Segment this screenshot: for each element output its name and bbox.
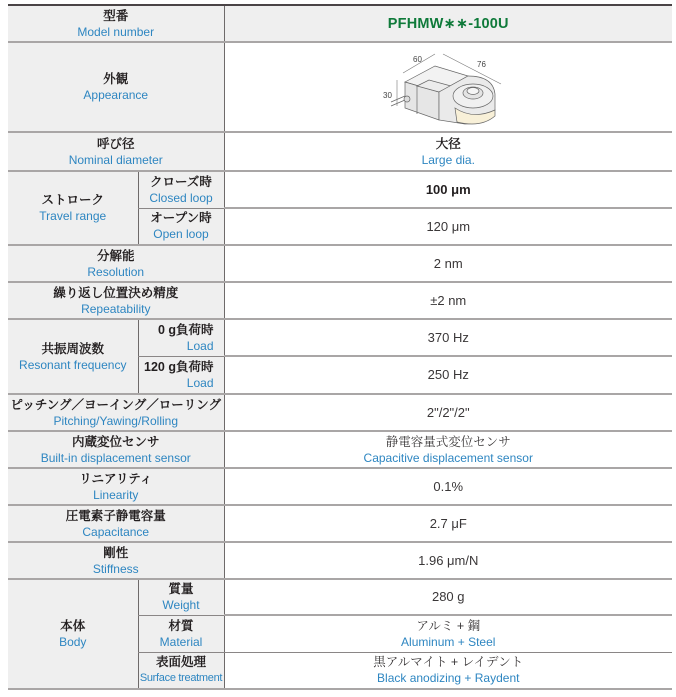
label-surface-treatment: 表面処理 Surface treatment [138, 652, 224, 689]
row-sensor: 内蔵変位センサ Built-in displacement sensor 静電容… [8, 431, 672, 468]
value-weight: 280 g [224, 579, 672, 615]
value-material: アルミ + 鋼 Aluminum + Steel [224, 615, 672, 652]
label-resolution: 分解能 Resolution [8, 245, 224, 282]
label-weight: 質量 Weight [138, 579, 224, 615]
label-resonant-frequency: 共振周波数 Resonant frequency [8, 319, 138, 394]
label-model-number: 型番 Model number [8, 5, 224, 42]
value-stiffness: 1.96 μm/N [224, 542, 672, 579]
row-stiffness: 剛性 Stiffness 1.96 μm/N [8, 542, 672, 579]
svg-text:60: 60 [413, 55, 422, 64]
value-open-loop: 120 μm [224, 208, 672, 245]
value-appearance: 60 76 30 [224, 42, 672, 132]
row-appearance: 外観 Appearance 60 76 30 [8, 42, 672, 132]
value-linearity: 0.1% [224, 468, 672, 505]
spec-table: 型番 Model number PFHMW∗∗-100U 外観 Appearan… [8, 4, 672, 690]
value-model-number: PFHMW∗∗-100U [224, 5, 672, 42]
label-sensor: 内蔵変位センサ Built-in displacement sensor [8, 431, 224, 468]
label-stiffness: 剛性 Stiffness [8, 542, 224, 579]
label-closed-loop: クローズ時 Closed loop [138, 171, 224, 208]
row-repeatability: 繰り返し位置決め精度 Repeatability ±2 nm [8, 282, 672, 319]
row-nominal-diameter: 呼び径 Nominal diameter 大径 Large dia. [8, 132, 672, 171]
row-resolution: 分解能 Resolution 2 nm [8, 245, 672, 282]
value-load-0g: 370 Hz [224, 319, 672, 356]
row-body-weight: 本体 Body 質量 Weight 280 g [8, 579, 672, 615]
label-body: 本体 Body [8, 579, 138, 689]
value-closed-loop: 100 μm [224, 171, 672, 208]
label-open-loop: オープン時 Open loop [138, 208, 224, 245]
row-linearity: リニアリティ Linearity 0.1% [8, 468, 672, 505]
label-pitching: ピッチング／ヨーイング／ローリング Pitching/Yawing/Rollin… [8, 394, 224, 431]
value-pitching: 2"/2"/2" [224, 394, 672, 431]
label-travel-range: ストローク Travel range [8, 171, 138, 245]
value-nominal-diameter: 大径 Large dia. [224, 132, 672, 171]
value-repeatability: ±2 nm [224, 282, 672, 319]
label-nominal-diameter: 呼び径 Nominal diameter [8, 132, 224, 171]
actuator-illustration: 60 76 30 [373, 46, 523, 128]
value-sensor: 静電容量式変位センサ Capacitive displacement senso… [224, 431, 672, 468]
svg-text:30: 30 [383, 91, 392, 100]
label-load-120g: 120 g負荷時 Load [138, 356, 224, 394]
label-capacitance: 圧電素子静電容量 Capacitance [8, 505, 224, 542]
label-appearance: 外観 Appearance [8, 42, 224, 132]
value-capacitance: 2.7 μF [224, 505, 672, 542]
label-linearity: リニアリティ Linearity [8, 468, 224, 505]
label-repeatability: 繰り返し位置決め精度 Repeatability [8, 282, 224, 319]
value-resolution: 2 nm [224, 245, 672, 282]
label-material: 材質 Material [138, 615, 224, 652]
row-pitching: ピッチング／ヨーイング／ローリング Pitching/Yawing/Rollin… [8, 394, 672, 431]
row-travel-closed: ストローク Travel range クローズ時 Closed loop 100… [8, 171, 672, 208]
svg-text:76: 76 [477, 60, 486, 69]
label-load-0g: 0 g負荷時 Load [138, 319, 224, 356]
row-capacitance: 圧電素子静電容量 Capacitance 2.7 μF [8, 505, 672, 542]
value-load-120g: 250 Hz [224, 356, 672, 394]
value-surface-treatment: 黒アルマイト + レイデント Black anodizing + Raydent [224, 652, 672, 689]
row-model-number: 型番 Model number PFHMW∗∗-100U [8, 5, 672, 42]
row-resonant-0g: 共振周波数 Resonant frequency 0 g負荷時 Load 370… [8, 319, 672, 356]
spec-table-container: 型番 Model number PFHMW∗∗-100U 外観 Appearan… [8, 4, 672, 690]
